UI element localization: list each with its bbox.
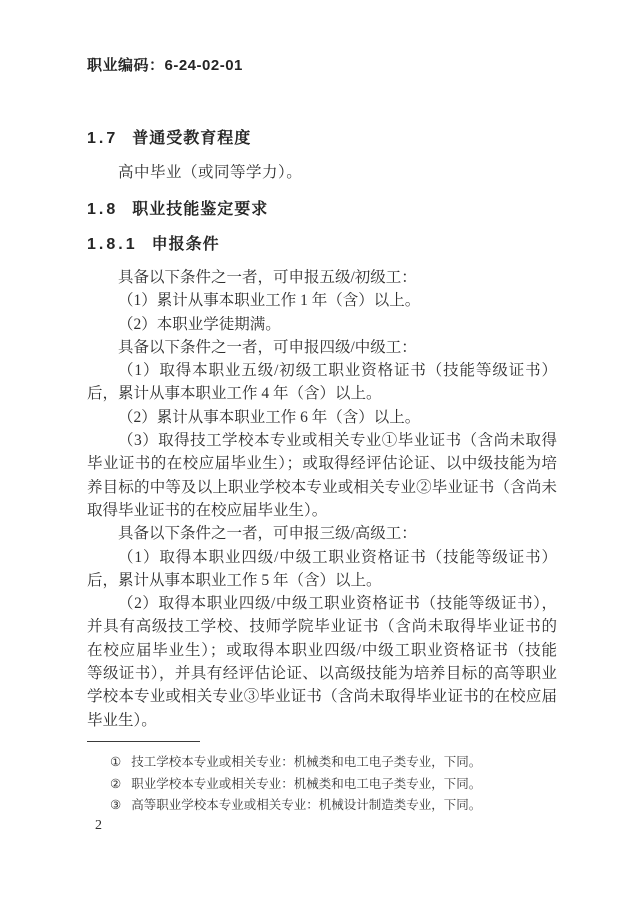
body-text: 具备以下条件之一者，可申报五级/初级工： （1）累计从事本职业工作 1 年（含）… xyxy=(87,266,557,732)
footnote-marker: ① xyxy=(110,755,121,769)
document-page: 职业编码：6-24-02-01 1.7普通受教育程度 高中毕业（或同等学力）。 … xyxy=(0,0,641,899)
footnotes: ①技工学校本专业或相关专业：机械类和电工电子类专业，下同。 ②职业学校本专业或相… xyxy=(87,752,557,817)
body-text-line: 并具有高级技工学校、技师学院毕业证书（含尚未取得毕业证书的 xyxy=(87,615,557,638)
section-number: 1.8.1 xyxy=(87,236,138,253)
section-heading-1-8-1: 1.8.1申报条件 xyxy=(87,231,220,254)
section-title: 申报条件 xyxy=(152,236,220,253)
body-text-line: （3）取得技工学校本专业或相关专业①毕业证书（含尚未取得 xyxy=(87,429,557,452)
body-text-line: 具备以下条件之一者，可申报四级/中级工： xyxy=(87,336,557,359)
body-text-line: 毕业证书的在校应届毕业生）；或取得经评估论证、以中级技能为培 xyxy=(87,452,557,475)
body-text-line: 学校本专业或相关专业③毕业证书（含尚未取得毕业证书的在校应届 xyxy=(87,685,557,708)
footnote-text: 技工学校本专业或相关专业：机械类和电工电子类专业，下同。 xyxy=(131,755,481,769)
footnote-item: ①技工学校本专业或相关专业：机械类和电工电子类专业，下同。 xyxy=(87,752,557,774)
footnote-marker: ② xyxy=(110,777,121,791)
footnote-text: 高等职业学校本专业或相关专业：机械设计制造类专业，下同。 xyxy=(131,798,481,812)
section-title: 职业技能鉴定要求 xyxy=(132,201,268,218)
section-title: 普通受教育程度 xyxy=(132,130,251,147)
footnote-item: ②职业学校本专业或相关专业：机械类和电工电子类专业，下同。 xyxy=(87,774,557,796)
body-text-line: 具备以下条件之一者，可申报五级/初级工： xyxy=(87,266,557,289)
body-text-line: 后，累计从事本职业工作 4 年（含）以上。 xyxy=(87,382,557,405)
body-text-line: 等级证书），并具有经评估论证、以高级技能为培养目标的高等职业 xyxy=(87,662,557,685)
body-text-line: （2）取得本职业四级/中级工职业资格证书（技能等级证书）， xyxy=(87,592,557,615)
body-text-line: 毕业生）。 xyxy=(87,709,557,732)
section-1-7-paragraph: 高中毕业（或同等学力）。 xyxy=(87,160,557,182)
footnote-item: ③高等职业学校本专业或相关专业：机械设计制造类专业，下同。 xyxy=(87,795,557,817)
body-text-line: 在校应届毕业生）；或取得本职业四级/中级工职业资格证书（技能 xyxy=(87,639,557,662)
page-number: 2 xyxy=(95,818,102,834)
section-number: 1.7 xyxy=(87,130,118,147)
body-text-line: （1）累计从事本职业工作 1 年（含）以上。 xyxy=(87,289,557,312)
footnote-text: 职业学校本专业或相关专业：机械类和电工电子类专业，下同。 xyxy=(131,777,481,791)
body-text-line: 取得毕业证书的在校应届毕业生）。 xyxy=(87,499,557,522)
body-text-line: （2）本职业学徒期满。 xyxy=(87,313,557,336)
section-heading-1-8: 1.8职业技能鉴定要求 xyxy=(87,196,268,219)
body-text-line: 具备以下条件之一者，可申报三级/高级工： xyxy=(87,522,557,545)
occupation-code: 职业编码：6-24-02-01 xyxy=(87,54,243,75)
footnote-marker: ③ xyxy=(110,798,121,812)
body-text-line: 后，累计从事本职业工作 5 年（含）以上。 xyxy=(87,569,557,592)
body-text-line: 养目标的中等及以上职业学校本专业或相关专业②毕业证书（含尚未 xyxy=(87,476,557,499)
section-heading-1-7: 1.7普通受教育程度 xyxy=(87,125,251,148)
section-number: 1.8 xyxy=(87,201,118,218)
body-text-line: （1）取得本职业四级/中级工职业资格证书（技能等级证书） xyxy=(87,546,557,569)
body-text-line: （1）取得本职业五级/初级工职业资格证书（技能等级证书） xyxy=(87,359,557,382)
footnote-divider xyxy=(87,741,200,742)
body-text-line: （2）累计从事本职业工作 6 年（含）以上。 xyxy=(87,406,557,429)
